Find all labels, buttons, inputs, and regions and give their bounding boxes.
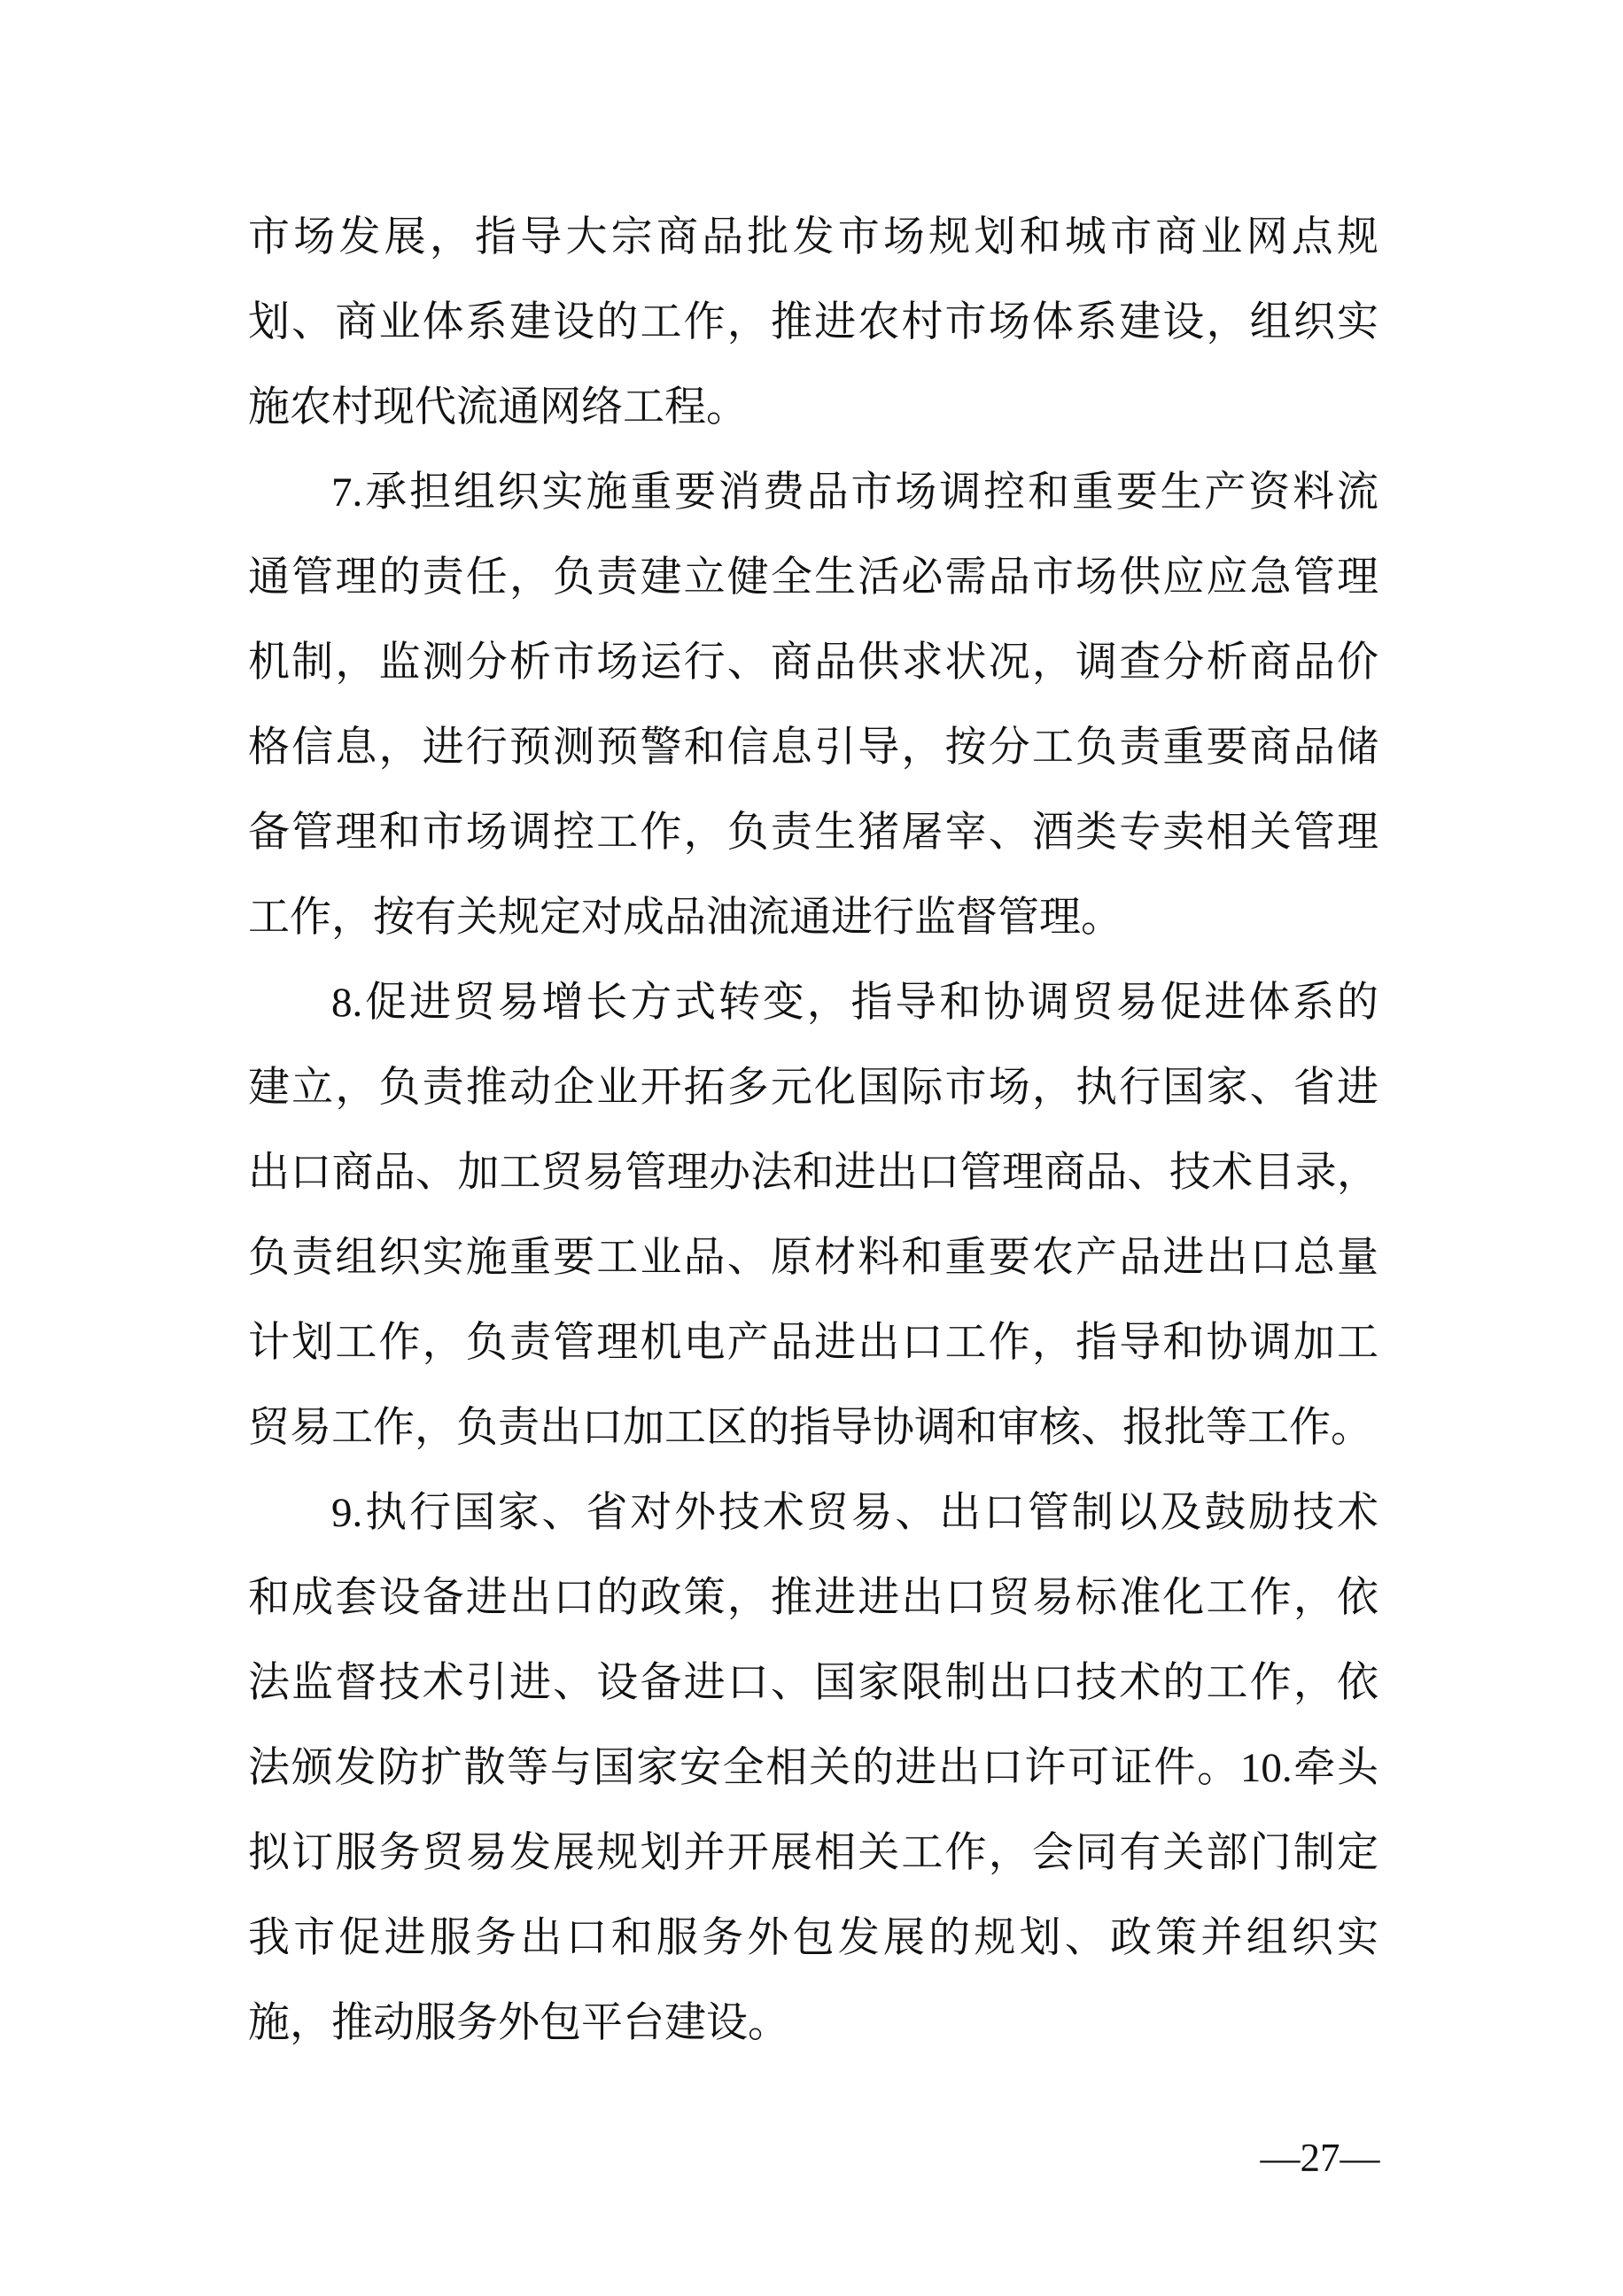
text-line: 机制，监测分析市场运行、商品供求状况，调查分析商品价 xyxy=(248,620,1378,705)
text-line: 贸易工作，负责出口加工区的指导协调和审核、报批等工作。 xyxy=(248,1385,1378,1470)
text-line: 施农村现代流通网络工程。 xyxy=(248,365,1378,450)
text-line: 9.执行国家、省对外技术贸易、出口管制以及鼓励技术 xyxy=(248,1470,1378,1555)
document-body: 市场发展，指导大宗商品批发市场规划和城市商业网点规 划、商业体系建设的工作，推进… xyxy=(248,195,1378,2066)
text-line: 通管理的责任，负责建立健全生活必需品市场供应应急管理 xyxy=(248,535,1378,620)
text-line: 计划工作，负责管理机电产品进出口工作，指导和协调加工 xyxy=(248,1300,1378,1385)
text-line: 7.承担组织实施重要消费品市场调控和重要生产资料流 xyxy=(248,450,1378,535)
text-line: 法颁发防扩散等与国家安全相关的进出口许可证件。10.牵头 xyxy=(248,1726,1378,1811)
paragraph: 7.承担组织实施重要消费品市场调控和重要生产资料流 通管理的责任，负责建立健全生… xyxy=(248,450,1378,960)
text-line: 拟订服务贸易发展规划并开展相关工作，会同有关部门制定 xyxy=(248,1811,1378,1896)
text-line: 建立，负责推动企业开拓多元化国际市场，执行国家、省进 xyxy=(248,1045,1378,1130)
page-number: —27— xyxy=(1245,2137,1395,2179)
document-page: 市场发展，指导大宗商品批发市场规划和城市商业网点规 划、商业体系建设的工作，推进… xyxy=(0,0,1623,2296)
text-line: 划、商业体系建设的工作，推进农村市场体系建设，组织实 xyxy=(248,280,1378,365)
paragraph: 市场发展，指导大宗商品批发市场规划和城市商业网点规 划、商业体系建设的工作，推进… xyxy=(248,195,1378,450)
text-line: 8.促进贸易增长方式转变，指导和协调贸易促进体系的 xyxy=(248,960,1378,1045)
text-line: 备管理和市场调控工作，负责生猪屠宰、酒类专卖相关管理 xyxy=(248,790,1378,875)
text-line: 格信息，进行预测预警和信息引导，按分工负责重要商品储 xyxy=(248,705,1378,790)
text-line: 法监督技术引进、设备进口、国家限制出口技术的工作，依 xyxy=(248,1641,1378,1726)
paragraph: 8.促进贸易增长方式转变，指导和协调贸易促进体系的 建立，负责推动企业开拓多元化… xyxy=(248,960,1378,1470)
text-line: 我市促进服务出口和服务外包发展的规划、政策并组织实 xyxy=(248,1896,1378,1981)
text-line: 施，推动服务外包平台建设。 xyxy=(248,1981,1378,2066)
text-line: 和成套设备进出口的政策，推进进出口贸易标准化工作，依 xyxy=(248,1555,1378,1641)
paragraph: 9.执行国家、省对外技术贸易、出口管制以及鼓励技术 和成套设备进出口的政策，推进… xyxy=(248,1470,1378,2066)
text-line: 出口商品、加工贸易管理办法和进出口管理商品、技术目录， xyxy=(248,1130,1378,1215)
text-line: 工作，按有关规定对成品油流通进行监督管理。 xyxy=(248,875,1378,960)
text-line: 市场发展，指导大宗商品批发市场规划和城市商业网点规 xyxy=(248,195,1378,280)
text-line: 负责组织实施重要工业品、原材料和重要农产品进出口总量 xyxy=(248,1215,1378,1300)
